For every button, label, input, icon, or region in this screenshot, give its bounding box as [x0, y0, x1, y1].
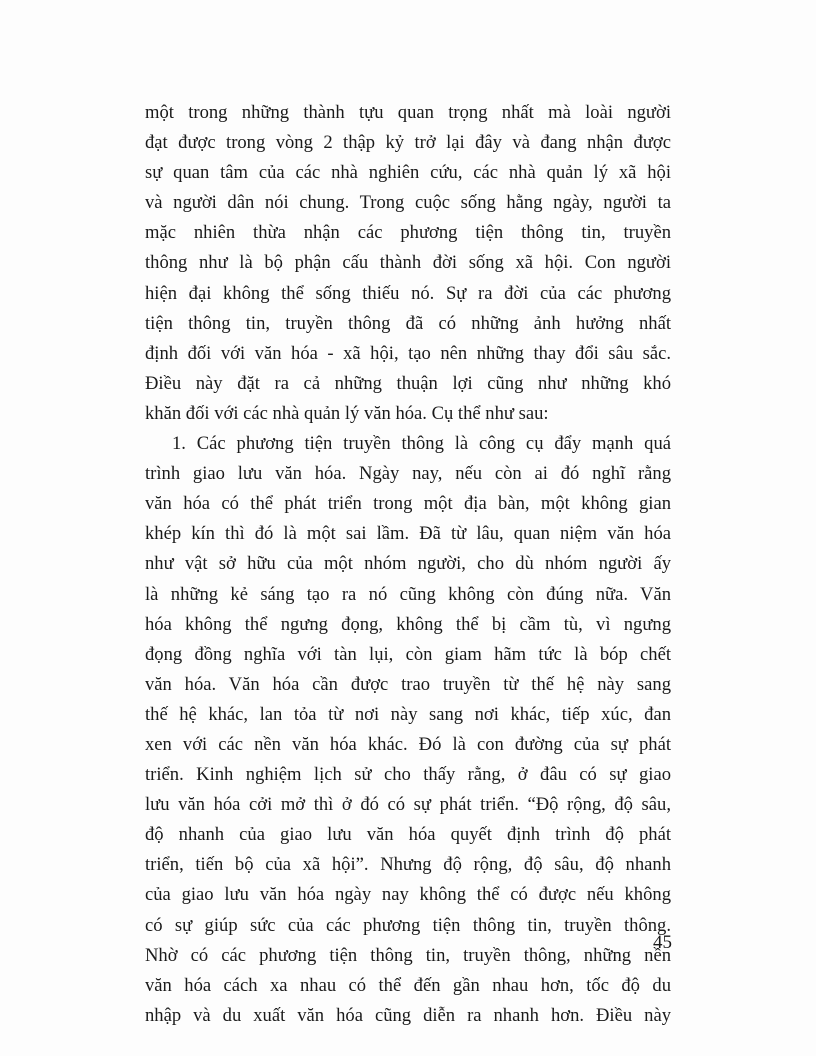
text-line: có sự giúp sức của các phương tiện thông…: [145, 911, 671, 941]
text-line: khép kín thì đó là một sai lầm. Đã từ lâ…: [145, 519, 671, 549]
text-line: văn hóa cách xa nhau có thể đến gần nhau…: [145, 971, 671, 1001]
text-line: của giao lưu văn hóa ngày nay không thể …: [145, 880, 671, 910]
text-line: Điều này đặt ra cả những thuận lợi cũng …: [145, 369, 671, 399]
text-line: và người dân nói chung. Trong cuộc sống …: [145, 188, 671, 218]
text-line: hiện đại không thể sống thiếu nó. Sự ra …: [145, 279, 671, 309]
text-line: văn hóa. Văn hóa cần được trao truyền từ…: [145, 670, 671, 700]
numbered-paragraph-start: 1. Các phương tiện truyền thông là công …: [145, 429, 671, 459]
text-line: khăn đối với các nhà quản lý văn hóa. Cụ…: [145, 399, 671, 429]
text-line: đạt được trong vòng 2 thập kỷ trở lại đâ…: [145, 128, 671, 158]
text-line: văn hóa có thể phát triển trong một địa …: [145, 489, 671, 519]
text-line: xen với các nền văn hóa khác. Đó là con …: [145, 730, 671, 760]
text-line: triển, tiến bộ của xã hội”. Nhưng độ rộn…: [145, 850, 671, 880]
text-line: một trong những thành tựu quan trọng nhấ…: [145, 98, 671, 128]
text-line: Nhờ có các phương tiện thông tin, truyền…: [145, 941, 671, 971]
text-line: lưu văn hóa cởi mở thì ở đó có sự phát t…: [145, 790, 671, 820]
text-line: thế hệ khác, lan tỏa từ nơi này sang nơi…: [145, 700, 671, 730]
page-number: 45: [620, 932, 672, 954]
page-body: một trong những thành tựu quan trọng nhấ…: [145, 98, 671, 1031]
text-line: hóa không thể ngưng đọng, không thể bị c…: [145, 610, 671, 640]
text-line: tiện thông tin, truyền thông đã có những…: [145, 309, 671, 339]
text-line: định đối với văn hóa - xã hội, tạo nên n…: [145, 339, 671, 369]
text-line: đọng đồng nghĩa với tàn lụi, còn giam hã…: [145, 640, 671, 670]
text-line: trình giao lưu văn hóa. Ngày nay, nếu cò…: [145, 459, 671, 489]
text-line: thông như là bộ phận cấu thành đời sống …: [145, 248, 671, 278]
text-line: mặc nhiên thừa nhận các phương tiện thôn…: [145, 218, 671, 248]
text-line: sự quan tâm của các nhà nghiên cứu, các …: [145, 158, 671, 188]
text-line: là những kẻ sáng tạo ra nó cũng không cò…: [145, 580, 671, 610]
text-line: độ nhanh của giao lưu văn hóa quyết định…: [145, 820, 671, 850]
text-line: như vật sở hữu của một nhóm người, cho d…: [145, 549, 671, 579]
text-line: nhập và du xuất văn hóa cũng diễn ra nha…: [145, 1001, 671, 1031]
text-line: triển. Kinh nghiệm lịch sử cho thấy rằng…: [145, 760, 671, 790]
